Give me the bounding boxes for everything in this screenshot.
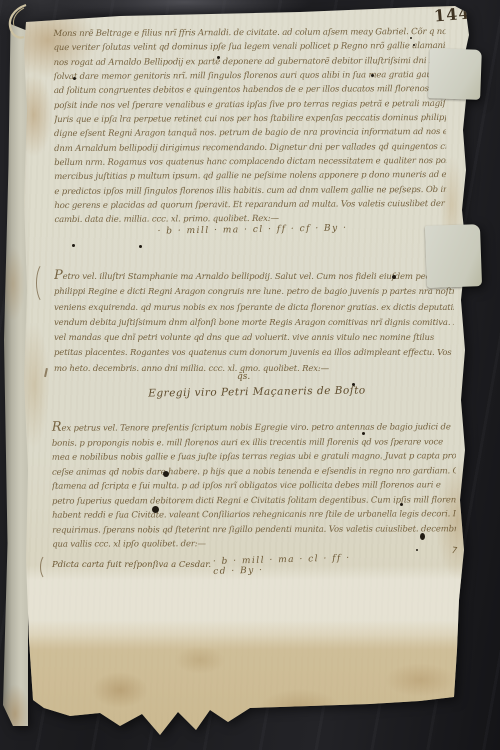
ink-blot (392, 275, 396, 279)
paragraph-2: Petro vel. illuſtri Stamphanie ma Arnald… (54, 268, 454, 377)
text-line: habent reddi e ſua Civitate. valeant Con… (52, 507, 456, 523)
ink-blot (73, 77, 76, 80)
folio-number: 144 (433, 3, 471, 25)
manuscript-page: 686 8y 144 Mons nrẽ Beltrage e filius nr… (0, 0, 500, 750)
address-heading: Egregij viro Petri Maçaneris de Boſto (148, 384, 366, 399)
ink-blot (400, 503, 403, 506)
ink-blot (413, 44, 415, 46)
archive-photo: { "document": { "folio_number": "144", "… (0, 0, 500, 750)
text-line: vel mandas que dnĩ petri volunte qd dns … (54, 331, 454, 346)
paragraph-3: Rex petrus vel. Tenore preſentis ſcriptu… (52, 419, 456, 552)
text-line: petro ſuperius quedam debitorem dicti Re… (52, 493, 456, 509)
footnote-left: Pdicta carta fuit reſponſiva a Cesdar. (52, 560, 211, 570)
text-line: philippi Regine e dicti Regni Aragon con… (54, 285, 454, 300)
margin-flourish: ⁊ (450, 544, 457, 556)
text-line: ceſse animas qd nobis dare habere. p hij… (52, 464, 456, 480)
manuscript-sheet: 686 8y 144 Mons nrẽ Beltrage e filius nr… (0, 0, 500, 750)
ink-blot (352, 383, 355, 386)
ink-blot (217, 56, 220, 59)
text-line: petitas placentes. Rogantes vos quatenus… (54, 346, 454, 361)
text-line: veniens exquirenda. qd murus nobis ex no… (54, 301, 454, 316)
ink-blot (362, 432, 365, 435)
text-line: qua vallis ccc. xl ipſo quolibet. der:— (52, 536, 456, 552)
text-line: requirimus. ſperans nobis qd ſteterint n… (52, 522, 456, 538)
paragraph-bracket (36, 262, 54, 304)
ink-blot (410, 37, 412, 39)
ink-blot (371, 74, 374, 77)
text-line: hoc gerens e placidas ad quorum ſperavit… (54, 197, 446, 213)
ink-blot (139, 245, 142, 248)
text-line: ſtamena ad ſcripta e ſui multa. p ad ipſ… (52, 478, 456, 494)
text-line: mea e nobilibus nobis gallie e ſuas juſt… (52, 449, 456, 465)
text-line: Rex petrus vel. Tenore preſentis ſcriptu… (52, 419, 456, 436)
ink-blot (420, 533, 425, 540)
text-line: vendum debita juſtiſsimum dnm alfonſi bo… (54, 316, 454, 331)
faded-header-marks: 686 8y (298, 0, 353, 11)
ink-blot (72, 244, 75, 247)
repair-patch (428, 48, 482, 100)
margin-tick (44, 368, 47, 377)
repair-patch (425, 224, 482, 288)
text-line: que veriter ſolutas velint qd dominus ip… (54, 39, 446, 55)
dateline-2: · b · mill · ma · cl · ff · cd · By · (213, 553, 363, 577)
text-line: mo heto. decembris. anno dni millia. ccc… (54, 362, 454, 377)
ink-blot (163, 471, 169, 477)
paragraph-1: Mons nrẽ Beltrage e filius nrĩ ffris Arn… (53, 25, 446, 228)
ink-blot (416, 549, 418, 551)
text-line: bonis. p propongis nobis e. mill floreno… (52, 435, 456, 451)
invocation-mark: q̃s. (237, 372, 250, 382)
ink-blot (152, 506, 159, 513)
